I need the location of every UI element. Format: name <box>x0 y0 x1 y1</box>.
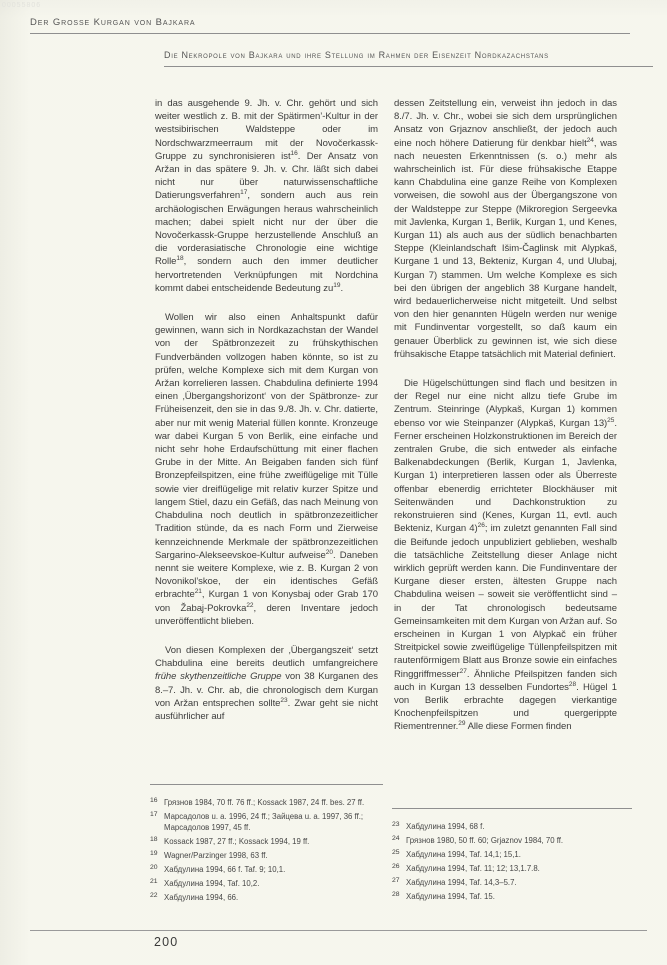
paragraph: in das ausgehende 9. Jh. v. Chr. gehört … <box>155 97 378 295</box>
footnote-number: 27 <box>392 877 406 888</box>
emphasis-text: frühe skythenzeitliche Gruppe <box>155 671 282 682</box>
footnote-number: 17 <box>150 811 164 832</box>
book-title-rule <box>30 33 630 34</box>
footnote: 17Марсадолов u. a. 1996, 24 ff.; Зайцева… <box>150 812 383 833</box>
footnote: 20Хабдулина 1994, 66 f. Taf. 9; 10,1. <box>150 865 383 876</box>
footnote-text: Хабдулина 1994, Taf. 10,2. <box>164 879 259 890</box>
running-head-chapter-title: Die Nekropole von Bajkara und ihre Stell… <box>164 50 549 60</box>
footnote: 21Хабдулина 1994, Taf. 10,2. <box>150 879 383 890</box>
text-run: ; im zuletzt genannten Fall sind die Bei… <box>394 523 617 679</box>
footnote-ref: 29 <box>458 720 465 727</box>
footnote-text: Хабдулина 1994, Taf. 15. <box>406 892 495 903</box>
footnote: 26Хабдулина 1994, Taf. 11; 12; 13,1.7.8. <box>392 864 632 875</box>
footnote-number: 21 <box>150 878 164 889</box>
footnote: 27Хабдулина 1994, Taf. 14,3–5.7. <box>392 878 632 889</box>
footnote-ref: 18 <box>176 255 183 262</box>
book-page: 00055806 Der Grosse Kurgan von Bajkara D… <box>0 0 667 965</box>
footnote: 28Хабдулина 1994, Taf. 15. <box>392 892 632 903</box>
chapter-title-rule <box>164 66 653 67</box>
footnotes-left: 16Грязнов 1984, 70 ff. 76 ff.; Kossack 1… <box>150 784 383 907</box>
footnote-number: 18 <box>150 836 164 847</box>
footnote: 25Хабдулина 1994, Taf. 14,1; 15,1. <box>392 850 632 861</box>
footnote-ref: 16 <box>291 150 298 157</box>
text-run: Von diesen Komplexen der ‚Übergangszeit‘… <box>155 645 378 669</box>
footnote-text: Хабдулина 1994, 66 f. Taf. 9; 10,1. <box>164 865 285 876</box>
footnote-ref: 26 <box>478 522 485 529</box>
running-head-book-title: Der Grosse Kurgan von Bajkara <box>30 17 196 28</box>
text-run: . <box>340 283 343 294</box>
footnote: 18Kossack 1987, 27 ff.; Kossack 1994, 19… <box>150 837 383 848</box>
page-number: 200 <box>154 935 178 949</box>
footnote: 19Wagner/Parzinger 1998, 63 ff. <box>150 851 383 862</box>
paragraph: Wollen wir also einen Anhaltspunkt dafür… <box>155 311 378 628</box>
text-run: dessen Zeitstellung ein, verweist ihn je… <box>394 98 617 149</box>
text-run: , was nach neuesten Erkenntnissen (s. o.… <box>394 138 617 360</box>
footnote-text: Хабдулина 1994, 68 f. <box>406 822 485 833</box>
text-run: Wollen wir also einen Anhaltspunkt dafür… <box>155 312 378 561</box>
footnote-text: Марсадолов u. a. 1996, 24 ff.; Зайцева u… <box>164 812 383 833</box>
footnote-text: Kossack 1987, 27 ff.; Kossack 1994, 19 f… <box>164 837 309 848</box>
footnote-text: Хабдулина 1994, Taf. 14,1; 15,1. <box>406 850 521 861</box>
footnote-number: 26 <box>392 863 406 874</box>
text-column-left: in das ausgehende 9. Jh. v. Chr. gehört … <box>155 97 378 734</box>
footnote-ref: 21 <box>195 588 202 595</box>
footer-rule <box>30 930 647 931</box>
footnote-ref: 20 <box>326 549 333 556</box>
footnote-ref: 24 <box>587 136 594 143</box>
paragraph: Von diesen Komplexen der ‚Übergangszeit‘… <box>155 644 378 723</box>
footnote-number: 19 <box>150 850 164 861</box>
footnote-number: 22 <box>150 892 164 903</box>
text-run: . Ferner erscheinen Holzkonstruktionen i… <box>394 418 617 535</box>
footnote-ref: 23 <box>280 697 287 704</box>
text-column-right: dessen Zeitstellung ein, verweist ihn je… <box>394 97 617 734</box>
scan-watermark: 00055806 <box>2 2 41 9</box>
footnote-ref: 27 <box>460 667 467 674</box>
footnote-number: 24 <box>392 835 406 846</box>
footnote: 22Хабдулина 1994, 66. <box>150 893 383 904</box>
footnote-text: Грязнов 1980, 50 ff. 60; Grjaznov 1984, … <box>406 836 563 847</box>
footnote: 23Хабдулина 1994, 68 f. <box>392 822 632 833</box>
paragraph: Die Hügelschüttungen sind flach und besi… <box>394 377 617 733</box>
footnote-number: 23 <box>392 821 406 832</box>
footnote-text: Хабдулина 1994, Taf. 14,3–5.7. <box>406 878 517 889</box>
footnote-number: 20 <box>150 864 164 875</box>
text-run: , sondern auch den immer deutlicher herv… <box>155 256 378 293</box>
footnote: 24Грязнов 1980, 50 ff. 60; Grjaznov 1984… <box>392 836 632 847</box>
paragraph: dessen Zeitstellung ein, verweist ihn je… <box>394 97 617 361</box>
text-run: Die Hügelschüttungen sind flach und besi… <box>394 378 617 429</box>
text-columns: in das ausgehende 9. Jh. v. Chr. gehört … <box>155 97 617 734</box>
footnote-number: 28 <box>392 891 406 902</box>
footnote-number: 16 <box>150 797 164 808</box>
footnote-number: 25 <box>392 849 406 860</box>
footnote-ref: 22 <box>246 601 253 608</box>
footnote-text: Wagner/Parzinger 1998, 63 ff. <box>164 851 268 862</box>
text-run: Alle diese Formen finden <box>466 721 572 732</box>
footnote-text: Хабдулина 1994, 66. <box>164 893 238 904</box>
footnotes-right: 23Хабдулина 1994, 68 f.24Грязнов 1980, 5… <box>392 808 632 907</box>
footnote: 16Грязнов 1984, 70 ff. 76 ff.; Kossack 1… <box>150 798 383 809</box>
footnote-text: Хабдулина 1994, Taf. 11; 12; 13,1.7.8. <box>406 864 540 875</box>
footnote-text: Грязнов 1984, 70 ff. 76 ff.; Kossack 198… <box>164 798 364 809</box>
